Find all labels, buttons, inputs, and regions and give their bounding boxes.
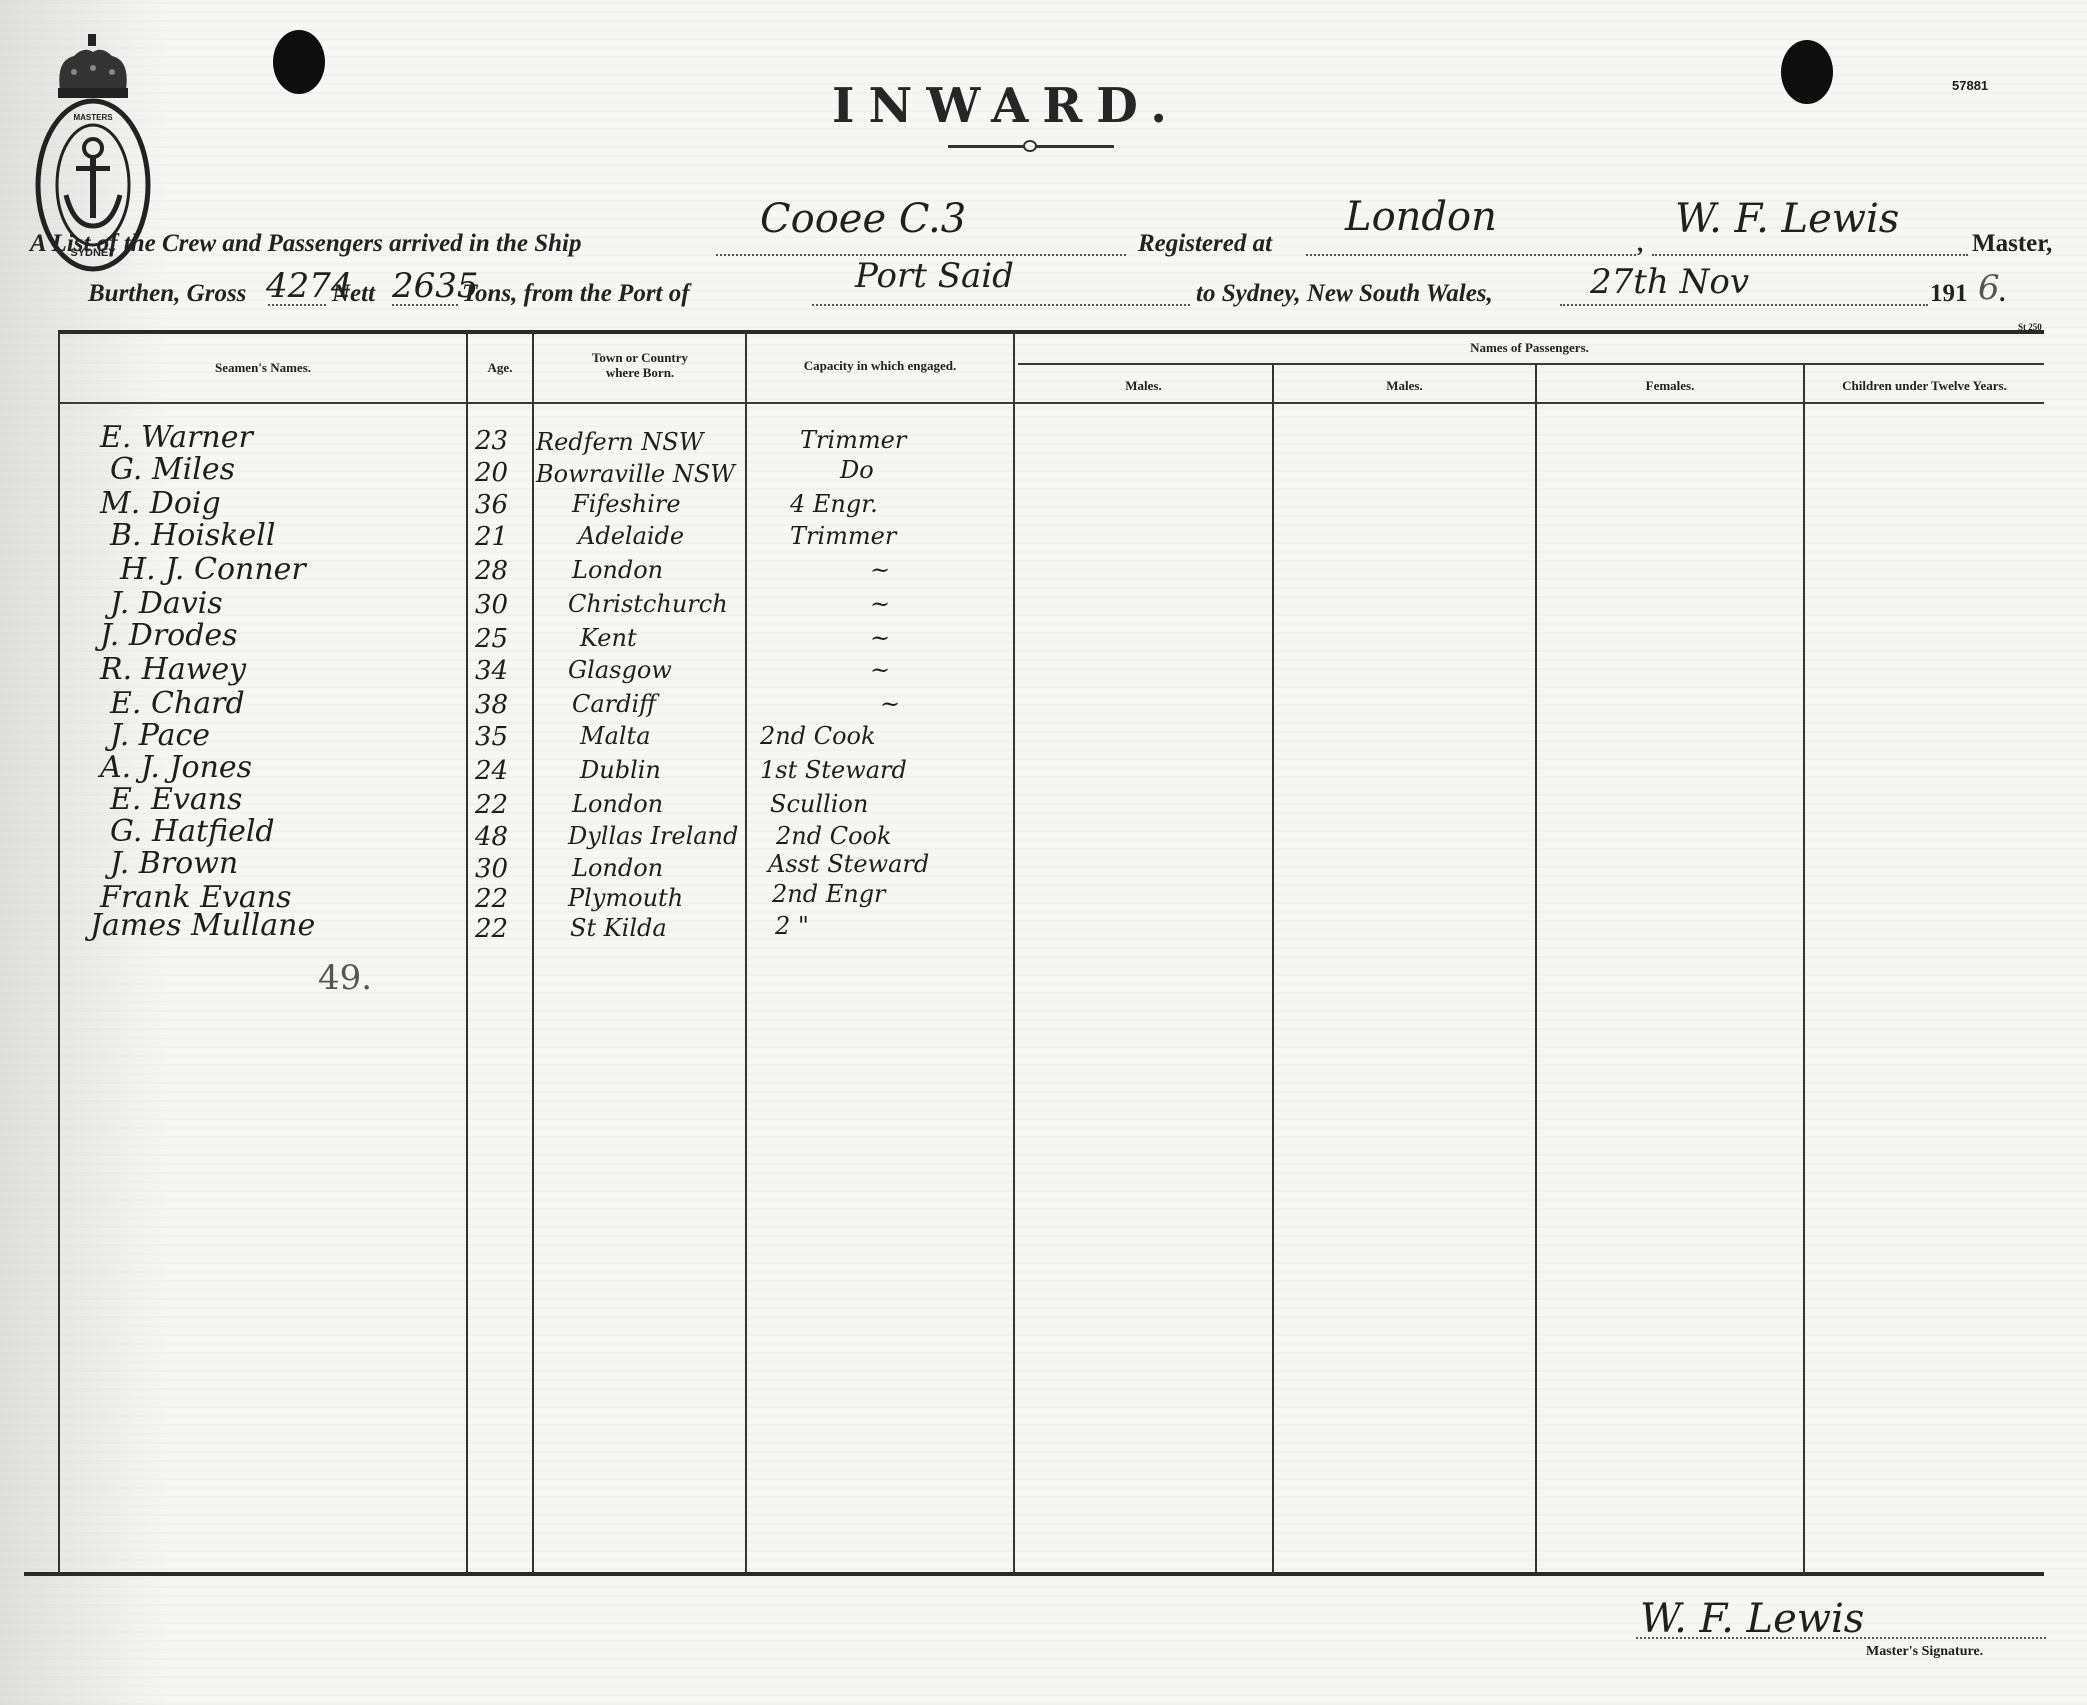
signature-line xyxy=(1636,1637,2046,1639)
year-period: . xyxy=(2000,280,2006,308)
seaman-capacity[interactable]: ~ xyxy=(870,656,890,684)
header-females: Females. xyxy=(1537,378,1803,393)
seaman-name[interactable]: A. J. Jones xyxy=(100,750,252,785)
col-border-names-age xyxy=(466,332,468,1574)
seaman-birthplace[interactable]: Glasgow xyxy=(568,656,672,684)
arrival-date-field[interactable]: 27th Nov xyxy=(1590,262,1749,302)
registered-port-line xyxy=(1306,254,1636,256)
seaman-name[interactable]: J. Brown xyxy=(110,846,238,881)
seaman-birthplace[interactable]: London xyxy=(572,854,663,882)
seaman-birthplace[interactable]: Christchurch xyxy=(568,590,728,618)
to-sydney-label: to Sydney, New South Wales, xyxy=(1196,280,1493,308)
seaman-capacity[interactable]: 2nd Cook xyxy=(776,822,892,850)
title-ornament-dot xyxy=(1023,140,1037,152)
header-males-1: Males. xyxy=(1015,378,1272,393)
header-town-born: Town or Country where Born. xyxy=(580,350,700,380)
seaman-age[interactable]: 38 xyxy=(475,690,508,720)
seaman-birthplace[interactable]: London xyxy=(572,790,663,818)
master-signature: W. F. Lewis xyxy=(1640,1596,1864,1642)
seaman-birthplace[interactable]: Dublin xyxy=(580,756,661,784)
seaman-age[interactable]: 48 xyxy=(475,822,508,852)
seaman-birthplace[interactable]: St Kilda xyxy=(570,914,667,942)
table-top-rule xyxy=(58,330,2044,334)
seaman-age[interactable]: 25 xyxy=(475,624,508,654)
seaman-age[interactable]: 20 xyxy=(475,458,508,488)
seaman-age[interactable]: 22 xyxy=(475,884,508,914)
passengers-subheader-rule xyxy=(1018,363,2044,365)
header-seamens-names: Seamen's Names. xyxy=(60,360,466,375)
year-suffix-field[interactable]: 6 xyxy=(1978,268,2000,308)
seaman-age[interactable]: 22 xyxy=(475,790,508,820)
form-number: 57881 xyxy=(1952,78,1988,93)
seaman-age[interactable]: 23 xyxy=(475,426,508,456)
header-children: Children under Twelve Years. xyxy=(1805,378,2044,393)
year-prefix: 191 xyxy=(1930,280,1968,308)
seaman-birthplace[interactable]: Plymouth xyxy=(568,884,683,912)
header-names-of-passengers: Names of Passengers. xyxy=(1015,340,2044,355)
registered-at-label: Registered at xyxy=(1138,230,1272,258)
crew-list-intro-label: A List of the Crew and Passengers arrive… xyxy=(30,230,581,258)
seaman-age[interactable]: 30 xyxy=(475,854,508,884)
seaman-name[interactable]: G. Hatfield xyxy=(110,814,275,849)
seaman-capacity[interactable]: Do xyxy=(840,456,874,484)
master-name-line xyxy=(1652,254,1968,256)
seaman-birthplace[interactable]: Malta xyxy=(580,722,651,750)
seaman-birthplace[interactable]: Cardiff xyxy=(572,690,656,718)
seaman-birthplace[interactable]: Bowraville NSW xyxy=(536,460,735,488)
seaman-name[interactable]: E. Evans xyxy=(110,782,242,817)
ship-name-field[interactable]: Cooee C.3 xyxy=(760,196,966,242)
punch-hole-right xyxy=(1781,40,1833,104)
seaman-capacity[interactable]: 2 " xyxy=(775,912,809,940)
seaman-name[interactable]: J. Davis xyxy=(110,586,223,621)
seaman-age[interactable]: 22 xyxy=(475,914,508,944)
col-border-born-capacity xyxy=(745,332,747,1574)
comma: , xyxy=(1638,230,1644,258)
seaman-name[interactable]: R. Hawey xyxy=(100,652,246,687)
header-males-2: Males. xyxy=(1274,378,1535,393)
seaman-capacity[interactable]: ~ xyxy=(870,556,890,584)
seaman-capacity[interactable]: ~ xyxy=(870,590,890,618)
master-name-field[interactable]: W. F. Lewis xyxy=(1675,196,1899,242)
seaman-capacity[interactable]: 2nd Cook xyxy=(760,722,876,750)
seaman-name[interactable]: James Mullane xyxy=(90,908,315,943)
seaman-capacity[interactable]: 2nd Engr xyxy=(772,880,886,908)
seaman-name[interactable]: J. Pace xyxy=(110,718,210,753)
seaman-name[interactable]: E. Chard xyxy=(110,686,245,721)
col-border-capacity-passengers xyxy=(1013,332,1015,1574)
header-capacity: Capacity in which engaged. xyxy=(747,358,1013,373)
seaman-name[interactable]: B. Hoiskell xyxy=(110,518,275,553)
seaman-birthplace[interactable]: Adelaide xyxy=(578,522,684,550)
seaman-capacity[interactable]: Asst Steward xyxy=(768,850,929,878)
col-border-age-born xyxy=(532,332,534,1574)
burthen-gross-label: Burthen, Gross xyxy=(88,280,246,308)
seaman-capacity[interactable]: Trimmer xyxy=(790,522,896,550)
seaman-age[interactable]: 28 xyxy=(475,556,508,586)
seaman-capacity[interactable]: ~ xyxy=(870,624,890,652)
nett-label: Nett xyxy=(332,280,375,308)
seaman-age[interactable]: 36 xyxy=(475,490,508,520)
date-line xyxy=(1560,304,1928,306)
col-border-left xyxy=(58,332,60,1574)
from-port-line xyxy=(812,304,1190,306)
seaman-birthplace[interactable]: London xyxy=(572,556,663,584)
seaman-capacity[interactable]: ~ xyxy=(880,690,900,718)
seaman-capacity[interactable]: 4 Engr. xyxy=(790,490,878,518)
svg-text:MASTERS: MASTERS xyxy=(73,113,113,122)
seaman-age[interactable]: 35 xyxy=(475,722,508,752)
header-bottom-rule xyxy=(58,402,2044,404)
seaman-age[interactable]: 34 xyxy=(475,656,508,686)
seaman-capacity[interactable]: Trimmer xyxy=(800,426,906,454)
seaman-name[interactable]: H. J. Conner xyxy=(120,552,306,587)
col-border-males-males xyxy=(1272,364,1274,1574)
seaman-age[interactable]: 30 xyxy=(475,590,508,620)
col-border-males-females xyxy=(1535,364,1537,1574)
seaman-birthplace[interactable]: Redfern NSW xyxy=(536,428,703,456)
seaman-name[interactable]: E. Warner xyxy=(100,420,253,455)
page-title: INWARD. xyxy=(832,78,1181,134)
seaman-age[interactable]: 21 xyxy=(475,522,508,552)
header-age: Age. xyxy=(468,360,532,375)
punch-hole-left xyxy=(273,30,325,94)
seaman-name[interactable]: M. Doig xyxy=(100,486,221,521)
seaman-age[interactable]: 24 xyxy=(475,756,508,786)
col-border-females-children xyxy=(1803,364,1805,1574)
tons-from-port-label: Tons, from the Port of xyxy=(462,280,690,308)
seaman-birthplace[interactable]: Dyllas Ireland xyxy=(568,822,738,850)
seaman-capacity[interactable]: Scullion xyxy=(770,790,868,818)
registered-port-field[interactable]: London xyxy=(1345,194,1497,240)
seaman-name[interactable]: J. Drodes xyxy=(100,618,238,653)
seaman-name[interactable]: G. Miles xyxy=(110,452,235,487)
seaman-birthplace[interactable]: Fifeshire xyxy=(572,490,681,518)
seaman-birthplace[interactable]: Kent xyxy=(580,624,637,652)
crew-tally-note: 49. xyxy=(318,958,372,998)
master-signature-label: Master's Signature. xyxy=(1866,1644,1983,1660)
seaman-capacity[interactable]: 1st Steward xyxy=(760,756,907,784)
table-bottom-rule xyxy=(24,1572,2044,1576)
from-port-field[interactable]: Port Said xyxy=(855,256,1014,296)
master-label: Master, xyxy=(1972,230,2052,258)
